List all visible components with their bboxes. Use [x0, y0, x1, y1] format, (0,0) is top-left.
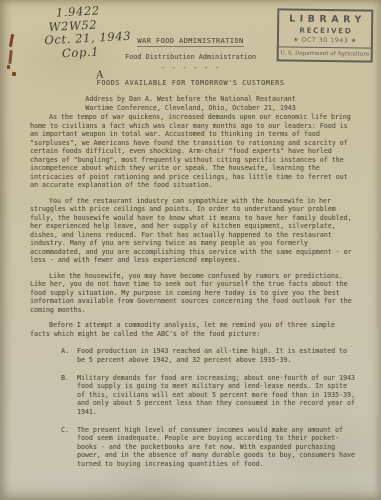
stamp-library-text: LIBRARY [279, 10, 371, 25]
list-label-c: C. [61, 426, 69, 435]
list-text-b: Military demands for food are increasing… [77, 374, 355, 416]
paragraph-2: You of the restaurant industry can sympa… [30, 197, 357, 265]
document-title: FOODS AVAILABLE FOR TOMORROW'S CUSTOMERS [0, 79, 381, 87]
paragraph-3: Like the housewife, you may have become … [30, 272, 357, 315]
list-text-c: The present high level of consumer incom… [77, 426, 355, 468]
paragraph-1: As the tempo of war quickens, increased … [30, 113, 357, 190]
address-block: Address by Dan A. West before the Nation… [0, 95, 381, 113]
scanned-document-page: 1.9422 W2W52 Oct. 21, 1943 Cop.1 LIBRARY… [0, 0, 381, 500]
list-item-c: C. The present high level of consumer in… [30, 426, 357, 469]
list-label-a: A. [61, 347, 69, 356]
list-item-a: A. Food production in 1943 reached an al… [30, 347, 357, 364]
list-text-a: Food production in 1943 reached an all-t… [77, 347, 347, 364]
paragraph-4: Before I attempt a commodity analysis, l… [30, 321, 357, 338]
list-item-b: B. Military demands for food are increas… [30, 374, 357, 417]
list-label-b: B. [61, 374, 69, 383]
rust-dot [12, 72, 16, 76]
letterhead: WAR FOOD ADMINISTRATION Food Distributio… [0, 28, 381, 72]
dash-divider: - - - - - - [0, 64, 381, 72]
division-name: Food Distribution Administration [0, 53, 381, 61]
agency-name: WAR FOOD ADMINISTRATION [137, 37, 243, 47]
body-text-column: As the tempo of war quickens, increased … [30, 113, 357, 478]
address-line-1: Address by Dan A. West before the Nation… [0, 95, 381, 104]
address-line-2: Wartime Conference, Cleveland, Ohio, Oct… [0, 104, 381, 113]
